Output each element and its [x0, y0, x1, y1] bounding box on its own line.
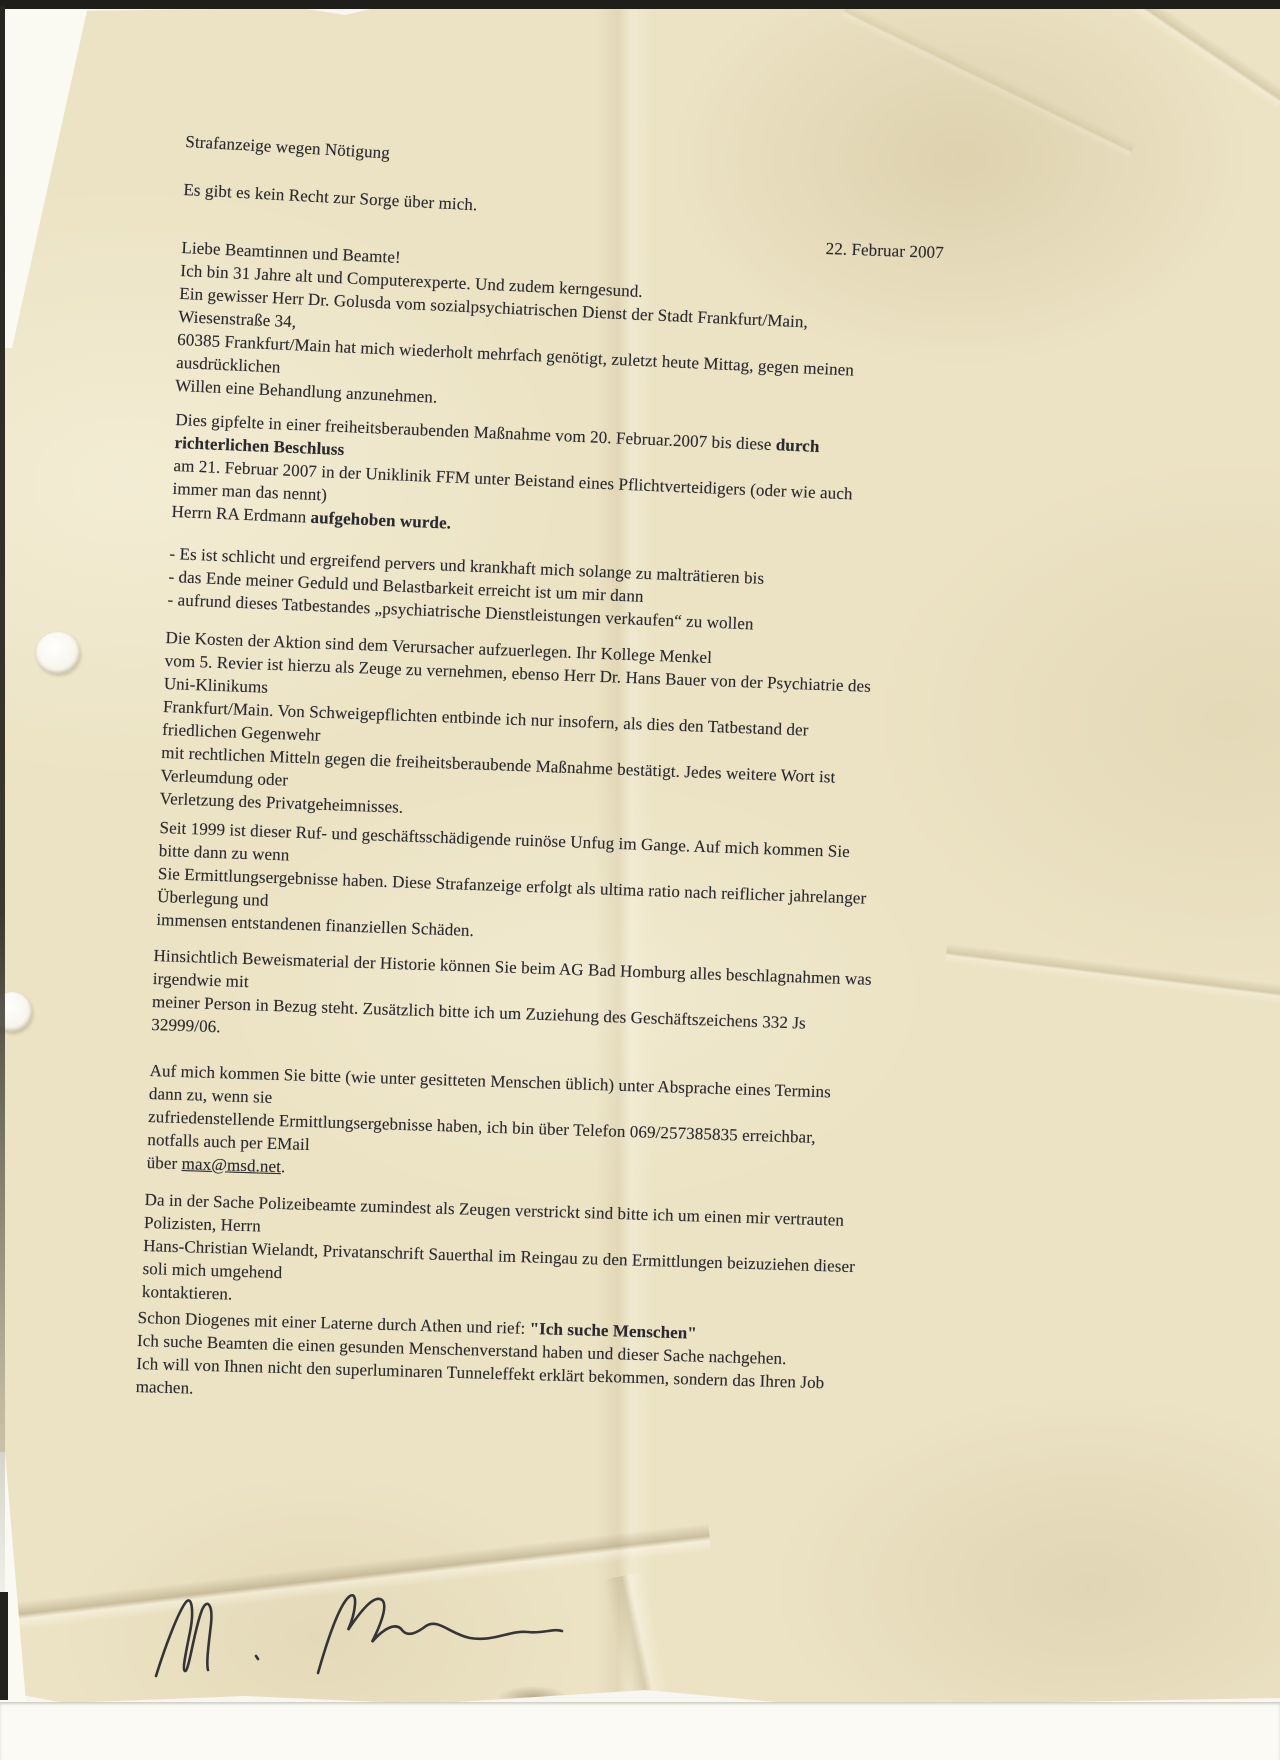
paper-sheet: Strafanzeige wegen Nötigung Es gibt es k… [0, 6, 1280, 1706]
paragraph: Dies gipfelte in einer freiheitsberauben… [171, 408, 855, 551]
paragraph: Liebe Beamtinnen und Beamte!Ich bin 31 J… [175, 236, 859, 428]
paper-crease-right-middle [945, 943, 1280, 1005]
paragraph: Seit 1999 ist dieser Ruf- und geschäftss… [156, 816, 868, 956]
scanner-edge-top [0, 0, 1280, 9]
paragraph: Auf mich kommen Sie bitte (wie unter ges… [146, 1059, 831, 1195]
paragraph: Hinsichtlich Beweismaterial der Historie… [151, 944, 872, 1060]
letter-subject: Strafanzeige wegen Nötigung [185, 132, 391, 163]
paper-crease-top [840, 3, 1136, 159]
letter-opening-line: Es gibt es kein Recht zur Sorge über mic… [183, 180, 478, 215]
scan-backing-bottom [0, 1702, 1280, 1760]
punch-hole-top [36, 632, 80, 674]
scanned-letter: Strafanzeige wegen Nötigung Es gibt es k… [0, 0, 1280, 1760]
letter-date: 22. Februar 2007 [825, 239, 944, 263]
paragraph: Da in der Sache Polizeibeamte zumindest … [142, 1188, 857, 1324]
paragraph: - Es ist schlicht und ergreifend pervers… [167, 542, 765, 636]
scanner-edge-left [0, 6, 5, 1646]
paper-crease-top-right [1052, 0, 1280, 110]
handwritten-signature [128, 1578, 598, 1688]
paragraph: Schon Diogenes mit einer Laterne durch A… [135, 1306, 825, 1417]
scanner-edge-bottom-left [0, 1592, 8, 1700]
paragraph: Die Kosten der Aktion sind dem Verursach… [159, 626, 872, 836]
